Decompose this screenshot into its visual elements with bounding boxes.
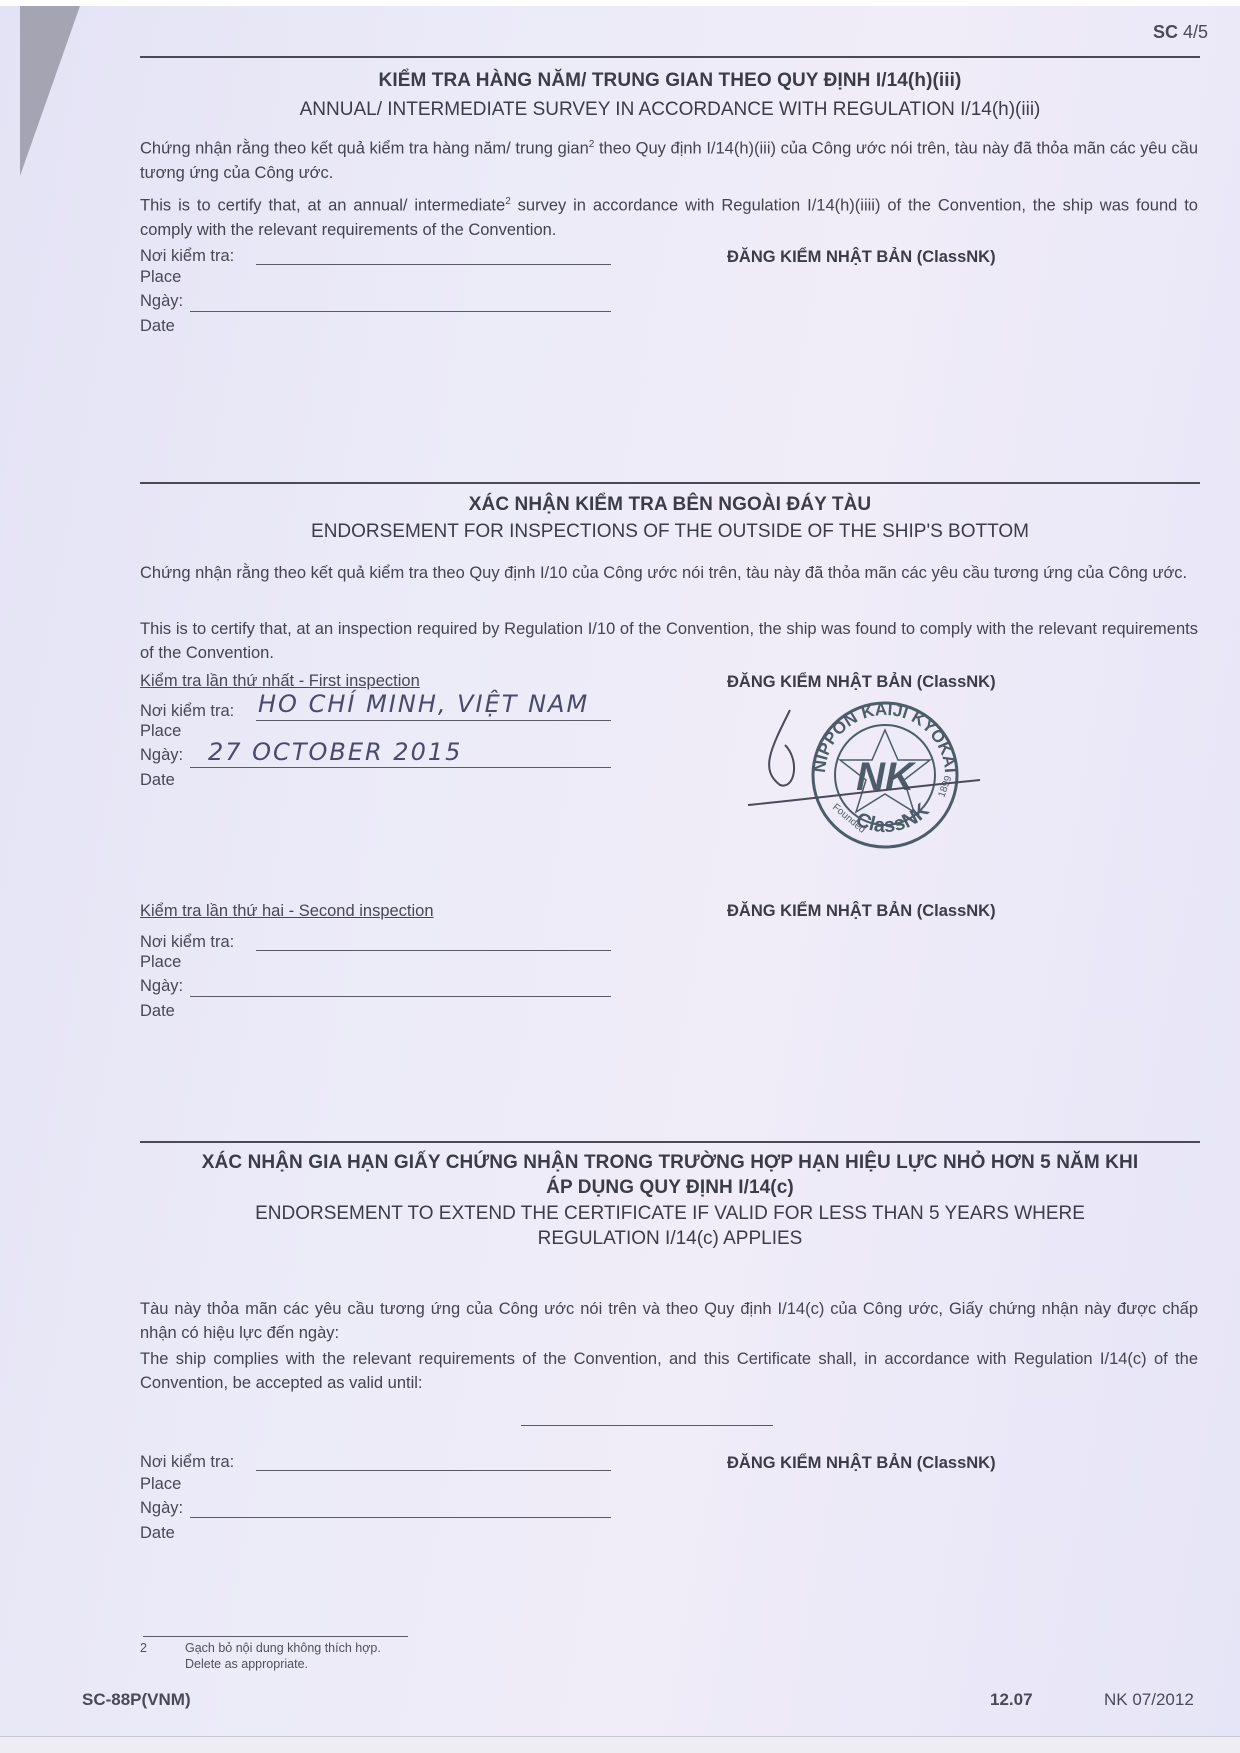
extend-paragraph-en: The ship complies with the relevant requ…	[140, 1347, 1198, 1395]
second-place-label-vn: Nơi kiểm tra:	[140, 933, 234, 952]
stamp-seal-icon: NK NIPPON KAIJI KYOKAI ClassNK Founded 1…	[740, 690, 1000, 860]
extend-place-field[interactable]	[256, 1470, 611, 1471]
page-number: SC 4/5	[1153, 22, 1208, 43]
annual-title-vn: KIỂM TRA HÀNG NĂM/ TRUNG GIAN THEO QUY Đ…	[140, 70, 1200, 92]
second-date-label-en: Date	[140, 1002, 175, 1021]
annual-title-en: ANNUAL/ INTERMEDIATE SURVEY IN ACCORDANC…	[140, 99, 1200, 121]
scan-shadow	[20, 6, 80, 176]
first-date-value[interactable]: 27 OCTOBER 2015	[208, 738, 462, 766]
section-divider	[140, 482, 1200, 484]
second-date-field[interactable]	[190, 996, 611, 997]
document-page: SC 4/5 KIỂM TRA HÀNG NĂM/ TRUNG GIAN THE…	[0, 0, 1240, 1753]
annual-paragraph-en: This is to certify that, at an annual/ i…	[140, 190, 1198, 242]
form-revision: NK 07/2012	[1104, 1690, 1194, 1710]
first-inspection-heading: Kiểm tra lần thứ nhất - First inspection	[140, 672, 420, 691]
section-divider	[140, 56, 1200, 58]
footnote-number: 2	[140, 1641, 147, 1655]
scan-bottom-edge	[0, 1736, 1240, 1753]
second-place-field[interactable]	[256, 950, 611, 951]
section-divider	[140, 1141, 1200, 1143]
second-inspection-heading: Kiểm tra lần thứ hai - Second inspection	[140, 902, 434, 921]
bottom-paragraph-en: This is to certify that, at an inspectio…	[140, 617, 1198, 665]
annual-date-field[interactable]	[190, 311, 611, 312]
extend-place-label-en: Place	[140, 1475, 181, 1494]
footnote-text-en: Delete as appropriate.	[185, 1657, 308, 1671]
extend-title-vn-1: XÁC NHẬN GIA HẠN GIẤY CHỨNG NHẬN TRONG T…	[140, 1152, 1200, 1174]
svg-text:1899: 1899	[936, 774, 954, 799]
extend-title-en-2: REGULATION I/14(c) APPLIES	[140, 1228, 1200, 1250]
extend-date-label-en: Date	[140, 1524, 175, 1543]
page-number-prefix: SC	[1153, 22, 1178, 42]
footnote-divider	[143, 1636, 408, 1637]
extend-title-en-1: ENDORSEMENT TO EXTEND THE CERTIFICATE IF…	[140, 1203, 1200, 1225]
extend-title-vn-2: ÁP DỤNG QUY ĐỊNH I/14(c)	[140, 1177, 1200, 1199]
first-place-label-vn: Nơi kiểm tra:	[140, 702, 234, 721]
first-date-label-vn: Ngày:	[140, 746, 183, 765]
extend-place-label-vn: Nơi kiểm tra:	[140, 1453, 234, 1472]
first-date-label-en: Date	[140, 771, 175, 790]
first-place-label-en: Place	[140, 722, 181, 741]
first-place-value[interactable]: HO CHÍ MINH, VIỆT NAM	[258, 690, 589, 718]
second-place-label-en: Place	[140, 953, 181, 972]
footnote-text-vn: Gạch bỏ nội dung không thích hợp.	[185, 1641, 381, 1655]
extend-date-label-vn: Ngày:	[140, 1499, 183, 1518]
second-date-label-vn: Ngày:	[140, 977, 183, 996]
extend-paragraph-vn: Tàu này thỏa mãn các yêu cầu tương ứng c…	[140, 1297, 1198, 1345]
annual-place-field[interactable]	[256, 264, 611, 265]
extend-organization: ĐĂNG KIỂM NHẬT BẢN (ClassNK)	[727, 1454, 996, 1473]
extend-date-field[interactable]	[190, 1517, 611, 1518]
second-organization: ĐĂNG KIỂM NHẬT BẢN (ClassNK)	[727, 902, 996, 921]
svg-text:ClassNK: ClassNK	[852, 799, 933, 837]
annual-date-label-en: Date	[140, 317, 175, 336]
bottom-title-en: ENDORSEMENT FOR INSPECTIONS OF THE OUTSI…	[140, 521, 1200, 543]
first-date-field	[190, 767, 611, 768]
first-place-field	[256, 720, 611, 721]
annual-date-label-vn: Ngày:	[140, 292, 183, 311]
annual-organization: ĐĂNG KIỂM NHẬT BẢN (ClassNK)	[727, 248, 996, 267]
bottom-title-vn: XÁC NHẬN KIỂM TRA BÊN NGOÀI ĐÁY TÀU	[140, 494, 1200, 516]
annual-paragraph-vn: Chứng nhận rằng theo kết quả kiểm tra hà…	[140, 133, 1198, 185]
annual-place-label-vn: Nơi kiểm tra:	[140, 247, 234, 266]
page-number-value: 4/5	[1183, 22, 1208, 42]
bottom-paragraph-vn: Chứng nhận rằng theo kết quả kiểm tra th…	[140, 561, 1198, 585]
scan-top-edge	[0, 0, 1240, 6]
form-code: SC-88P(VNM)	[82, 1690, 191, 1710]
annual-para-en-a: This is to certify that, at an annual/ i…	[140, 197, 505, 215]
form-version: 12.07	[990, 1690, 1033, 1710]
classnk-stamp: NK NIPPON KAIJI KYOKAI ClassNK Founded 1…	[740, 690, 1000, 860]
annual-para-vn-a: Chứng nhận rằng theo kết quả kiểm tra hà…	[140, 140, 589, 158]
valid-until-field[interactable]	[521, 1425, 773, 1426]
annual-place-label-en: Place	[140, 268, 181, 287]
